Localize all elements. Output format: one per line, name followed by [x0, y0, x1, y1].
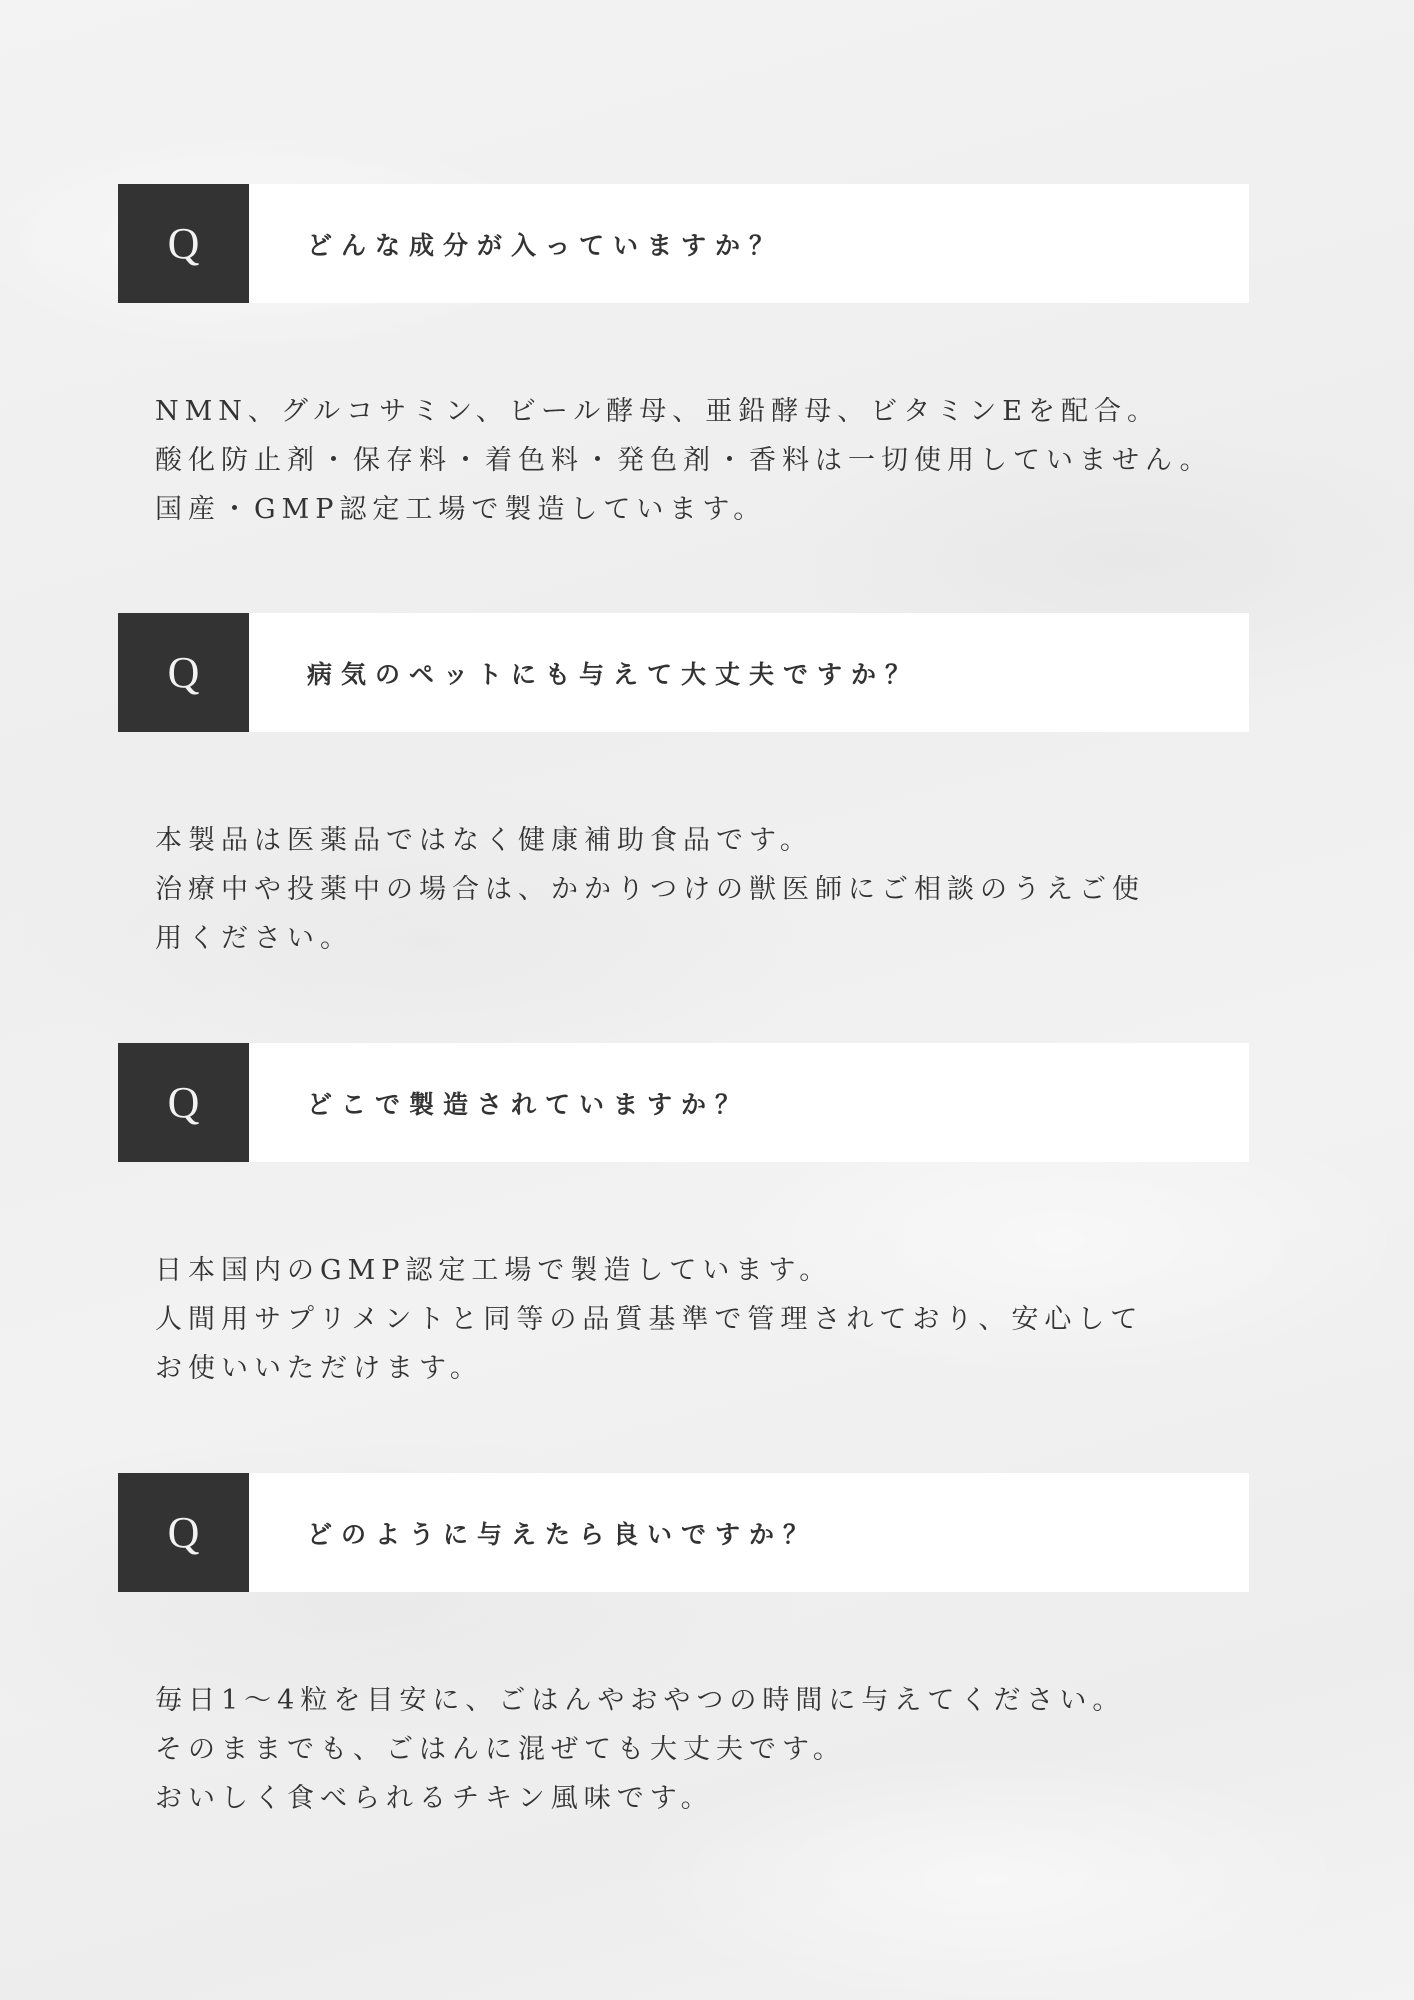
question-badge: Q	[118, 1043, 249, 1162]
answer-text: 毎日1～4粒を目安に、ごはんやおやつの時間に与えてください。 そのままでも、ごは…	[155, 1676, 1265, 1823]
question-badge: Q	[118, 613, 249, 732]
answer-line: NMN、グルコサミン、ビール酵母、亜鉛酵母、ビタミンEを配合。	[155, 387, 1265, 436]
answer-line: 用ください。	[155, 914, 1265, 963]
question-bar: Q 病気のペットにも与えて大丈夫ですか？	[118, 613, 1249, 732]
question-bar: Q どんな成分が入っていますか？	[118, 184, 1249, 303]
answer-line: おいしく食べられるチキン風味です。	[155, 1774, 1265, 1823]
question-bar: Q どのように与えたら良いですか？	[118, 1473, 1249, 1592]
answer-line: お使いいただけます。	[155, 1344, 1265, 1393]
answer-line: 本製品は医薬品ではなく健康補助食品です。	[155, 816, 1265, 865]
answer-line: 治療中や投薬中の場合は、かかりつけの獣医師にご相談のうえご使	[155, 865, 1265, 914]
question-badge: Q	[118, 1473, 249, 1592]
answer-line: 日本国内のGMP認定工場で製造しています。	[155, 1246, 1265, 1295]
question-text: どんな成分が入っていますか？	[307, 226, 783, 262]
question-text: どのように与えたら良いですか？	[307, 1515, 817, 1551]
question-bar: Q どこで製造されていますか？	[118, 1043, 1249, 1162]
question-text: 病気のペットにも与えて大丈夫ですか？	[307, 655, 919, 691]
question-text: どこで製造されていますか？	[307, 1085, 749, 1121]
answer-line: 人間用サプリメントと同等の品質基準で管理されており、安心して	[155, 1295, 1265, 1344]
answer-text: NMN、グルコサミン、ビール酵母、亜鉛酵母、ビタミンEを配合。 酸化防止剤・保存…	[155, 387, 1265, 534]
question-badge: Q	[118, 184, 249, 303]
answer-line: そのままでも、ごはんに混ぜても大丈夫です。	[155, 1725, 1265, 1774]
answer-text: 本製品は医薬品ではなく健康補助食品です。 治療中や投薬中の場合は、かかりつけの獣…	[155, 816, 1265, 963]
answer-line: 国産・GMP認定工場で製造しています。	[155, 485, 1265, 534]
answer-line: 酸化防止剤・保存料・着色料・発色剤・香料は一切使用していません。	[155, 436, 1265, 485]
answer-line: 毎日1～4粒を目安に、ごはんやおやつの時間に与えてください。	[155, 1676, 1265, 1725]
answer-text: 日本国内のGMP認定工場で製造しています。 人間用サプリメントと同等の品質基準で…	[155, 1246, 1265, 1393]
